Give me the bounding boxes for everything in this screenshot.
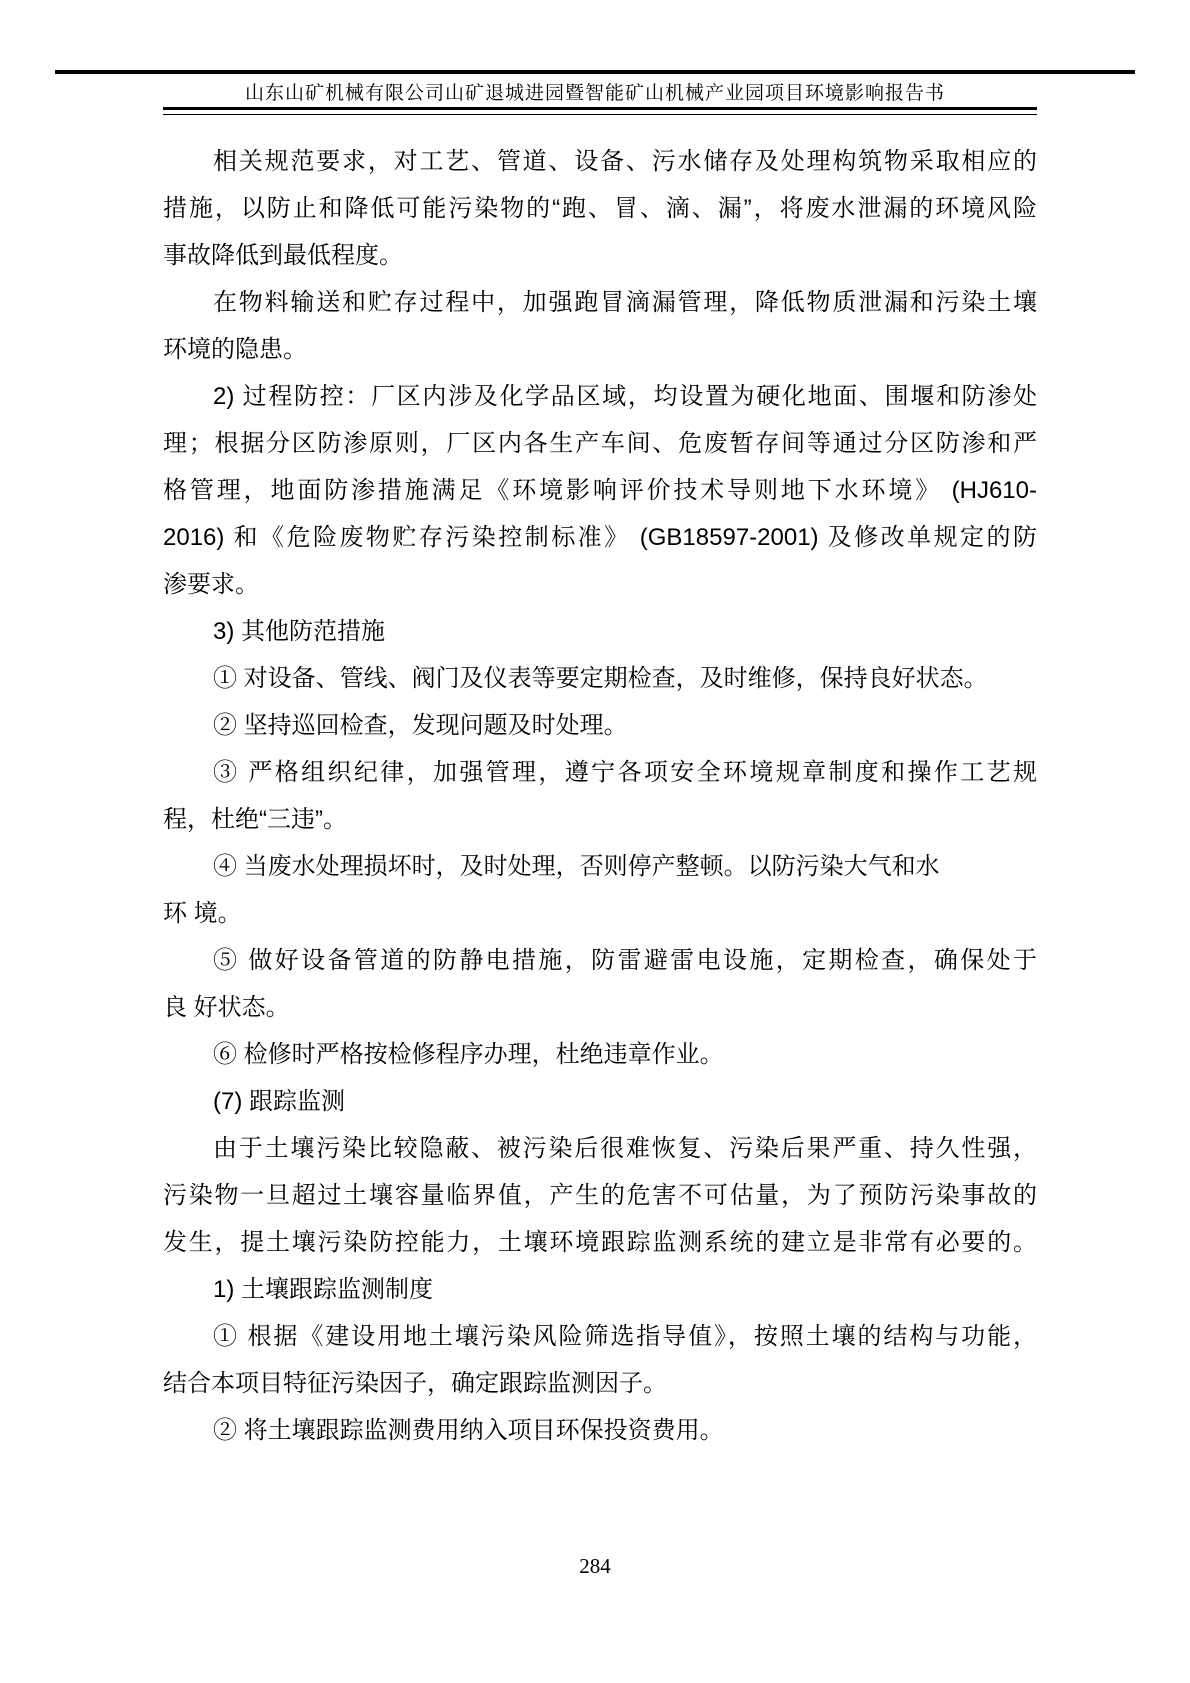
text-line: 事故降低到最低程度。 [163,232,1037,279]
body-text: 相关规范要求，对工艺、管道、设备、污水储存及处理构筑物采取相应的措施，以防止和降… [163,138,1037,1454]
text-line: 理；根据分区防渗原则，厂区内各生产车间、危废暂存间等通过分区防渗和严 [163,420,1037,467]
paragraph: 在物料输送和贮存过程中，加强跑冒滴漏管理，降低物质泄漏和污染土壤环境的隐患。 [163,279,1037,373]
text-line: 3) 其他防范措施 [163,608,1037,655]
text-line: 渗要求。 [163,561,1037,608]
text-line: ② 将土壤跟踪监测费用纳入项目环保投资费用。 [163,1407,1037,1454]
header-double-rule [163,107,1037,115]
text-line: 环境的隐患。 [163,326,1037,373]
text-line: 程，杜绝“三违”。 [163,796,1037,843]
text-line: 污染物一旦超过土壤容量临界值，产生的危害不可估量，为了预防污染事故的 [163,1172,1037,1219]
paragraph: ① 对设备、管线、阀门及仪表等要定期检查，及时维修，保持良好状态。 [163,655,1037,702]
text-line: 措施，以防止和降低可能污染物的“跑、冒、滴、漏”，将废水泄漏的环境风险 [163,185,1037,232]
text-line: 2016) 和《危险废物贮存污染控制标准》 (GB18597-2001) 及修改… [163,514,1037,561]
paragraph: ④ 当废水处理损坏时，及时处理，否则停产整顿。以防污染大气和水环 境。 [163,843,1037,937]
text-line: 环 境。 [163,890,1037,937]
text-line: 发生，提土壤污染防控能力，土壤环境跟踪监测系统的建立是非常有必要的。 [163,1219,1037,1266]
text-line: ⑥ 检修时严格按检修程序办理，杜绝违章作业。 [163,1031,1037,1078]
page-number: 284 [0,1552,1190,1580]
text-line: 2) 过程防控：厂区内涉及化学品区域，均设置为硬化地面、围堰和防渗处 [163,373,1037,420]
text-line: 在物料输送和贮存过程中，加强跑冒滴漏管理，降低物质泄漏和污染土壤 [163,279,1037,326]
paragraph: 相关规范要求，对工艺、管道、设备、污水储存及处理构筑物采取相应的措施，以防止和降… [163,138,1037,279]
paragraph: 1) 土壤跟踪监测制度 [163,1266,1037,1313]
paragraph: ③ 严格组织纪律，加强管理，遵宁各项安全环境规章制度和操作工艺规程，杜绝“三违”… [163,749,1037,843]
text-line: 由于土壤污染比较隐蔽、被污染后很难恢复、污染后果严重、持久性强， [163,1125,1037,1172]
text-line: 格管理，地面防渗措施满足《环境影响评价技术导则地下水环境》 (HJ610- [163,467,1037,514]
report-header-title: 山东山矿机械有限公司山矿退城进园暨智能矿山机械产业园项目环境影响报告书 [0,82,1190,106]
text-line: ④ 当废水处理损坏时，及时处理，否则停产整顿。以防污染大气和水 [163,843,1037,890]
text-line: 结合本项目特征污染因子，确定跟踪监测因子。 [163,1360,1037,1407]
paragraph: 3) 其他防范措施 [163,608,1037,655]
text-line: ① 对设备、管线、阀门及仪表等要定期检查，及时维修，保持良好状态。 [163,655,1037,702]
paragraph: 2) 过程防控：厂区内涉及化学品区域，均设置为硬化地面、围堰和防渗处理；根据分区… [163,373,1037,608]
page-top-rule [55,70,1135,74]
paragraph: ② 坚持巡回检查，发现问题及时处理。 [163,702,1037,749]
text-line: 相关规范要求，对工艺、管道、设备、污水储存及处理构筑物采取相应的 [163,138,1037,185]
text-line: 良 好状态。 [163,984,1037,1031]
text-line: ② 坚持巡回检查，发现问题及时处理。 [163,702,1037,749]
document-page: 山东山矿机械有限公司山矿退城进园暨智能矿山机械产业园项目环境影响报告书 相关规范… [0,0,1190,1683]
text-line: ① 根据《建设用地土壤污染风险筛选指导值》，按照土壤的结构与功能， [163,1313,1037,1360]
paragraph: ② 将土壤跟踪监测费用纳入项目环保投资费用。 [163,1407,1037,1454]
paragraph: ⑥ 检修时严格按检修程序办理，杜绝违章作业。 [163,1031,1037,1078]
paragraph: 由于土壤污染比较隐蔽、被污染后很难恢复、污染后果严重、持久性强，污染物一旦超过土… [163,1125,1037,1266]
text-line: ⑤ 做好设备管道的防静电措施，防雷避雷电设施，定期检查，确保处于 [163,937,1037,984]
text-line: (7) 跟踪监测 [163,1078,1037,1125]
text-line: 1) 土壤跟踪监测制度 [163,1266,1037,1313]
paragraph: (7) 跟踪监测 [163,1078,1037,1125]
paragraph: ① 根据《建设用地土壤污染风险筛选指导值》，按照土壤的结构与功能，结合本项目特征… [163,1313,1037,1407]
paragraph: ⑤ 做好设备管道的防静电措施，防雷避雷电设施，定期检查，确保处于良 好状态。 [163,937,1037,1031]
text-line: ③ 严格组织纪律，加强管理，遵宁各项安全环境规章制度和操作工艺规 [163,749,1037,796]
